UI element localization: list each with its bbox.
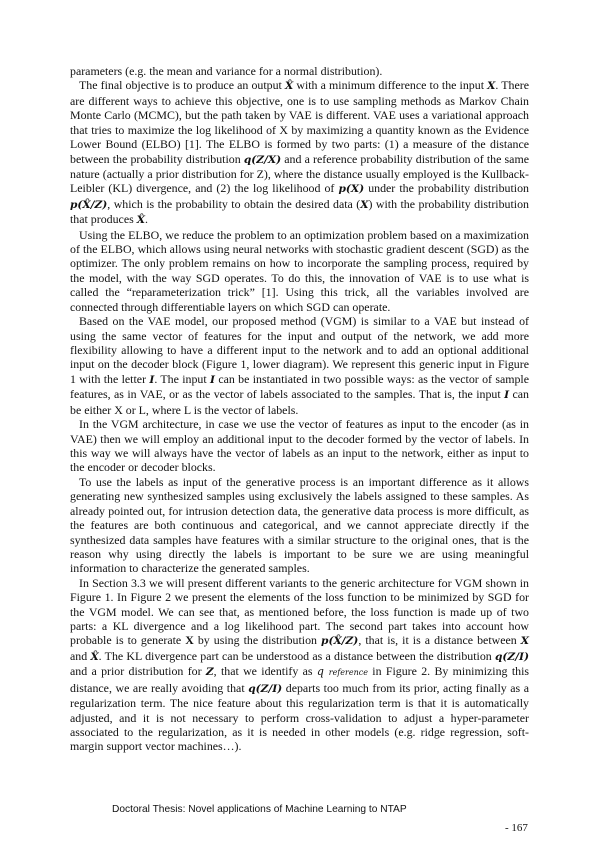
paragraph: parameters (e.g. the mean and variance f… xyxy=(70,64,529,78)
paragraph: Using the ELBO, we reduce the problem to… xyxy=(70,228,529,315)
bold-symbol: X xyxy=(185,633,194,647)
math-expression: I xyxy=(504,389,509,401)
document-page: parameters (e.g. the mean and variance f… xyxy=(0,0,596,842)
math-expression: X̂ xyxy=(90,651,98,663)
math-expression: q(Z/X) xyxy=(244,154,281,166)
math-expression: X xyxy=(487,80,495,92)
math-expression: p(X̂/Z) xyxy=(321,635,358,647)
body-text: parameters (e.g. the mean and variance f… xyxy=(70,64,529,754)
math-expression: I xyxy=(210,374,215,386)
math-expression: q(Z/I) xyxy=(248,683,282,695)
math-expression: X̂ xyxy=(137,214,145,226)
math-expression: X xyxy=(521,635,529,647)
paragraph: Based on the VAE model, our proposed met… xyxy=(70,314,529,417)
paragraph: The final objective is to produce an out… xyxy=(70,78,529,227)
math-expression: X̂ xyxy=(285,80,293,92)
page-number: - 167 xyxy=(505,822,528,834)
math-expression: q reference xyxy=(317,665,368,678)
paragraph: In Section 3.3 we will present different… xyxy=(70,576,529,754)
math-expression: q(Z/I) xyxy=(495,651,529,663)
math-expression: p(X̂/Z) xyxy=(70,199,107,211)
math-expression: X xyxy=(360,199,368,211)
math-expression: Z xyxy=(206,666,214,678)
math-expression: p(X) xyxy=(338,183,364,195)
paragraph: In the VGM architecture, in case we use … xyxy=(70,417,529,475)
math-expression: I xyxy=(149,374,154,386)
paragraph: To use the labels as input of the genera… xyxy=(70,475,529,576)
footer-title: Doctoral Thesis: Novel applications of M… xyxy=(112,804,407,815)
